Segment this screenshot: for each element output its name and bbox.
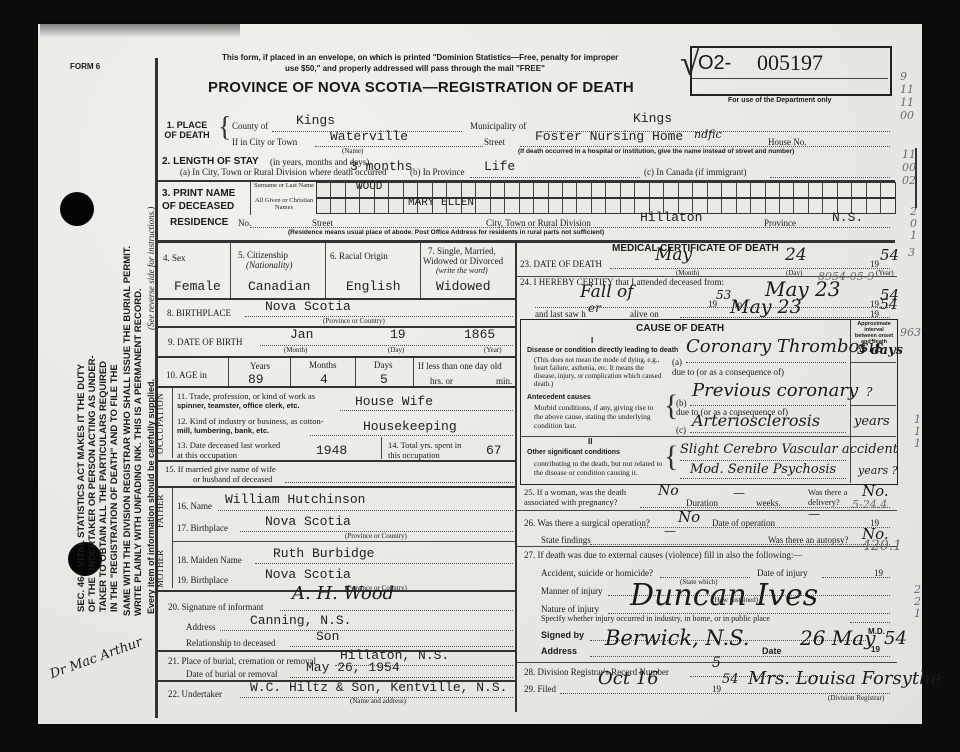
pencil-codes-mid: 11 00 02 [902,148,916,187]
punch-hole [60,192,94,226]
q26-label: 26. Was there a surgical operation? [524,518,650,528]
birthplace-label: 8. BIRTHPLACE [167,308,231,318]
surname-value: WOOD [356,181,382,193]
last-saw-date: May 23 [730,296,802,318]
q27-label: 27. If death was due to external causes … [524,550,802,560]
father-label: FATHER [155,495,165,528]
death-month: May [655,245,692,265]
dob-day: 19 [390,327,406,342]
occupation-label: OCCUPATION [155,393,165,454]
citizenship-label: 5. Citizenship [238,250,288,260]
residence-city-value: Hillaton [640,210,702,225]
street-label: Street [484,137,505,147]
sec46-notice: SEC. 46—VITAL STATISTICS ACT MAKES IT TH… [76,355,120,612]
dept-use-label: For use of the Department only [728,97,831,104]
record-number-value: 5 [712,655,721,671]
residence-hint: (Residence means usual place of abode. P… [288,229,604,236]
cause-a-prefix: (a) [672,357,682,367]
other-condition-2: Mod. Senile Psychosis [690,462,836,477]
other-interval: years ? [858,464,898,477]
findings-value: — [664,524,676,538]
given-names-label: All Given or Christian Names [253,197,315,211]
signed-date: 26 May [800,626,876,650]
specify-label: Specify whether injury occurred in indus… [541,614,770,623]
street-annotation: ndfic [694,128,722,141]
sex-value: Female [174,279,221,294]
pencil-code-cause-mod: 5-24.4 [852,498,887,511]
q25-label: 25. If a woman, was the death associated… [524,487,654,507]
marital-label-2: Widowed or Divorced [423,256,503,266]
stay-province-value: Life [484,159,515,174]
relationship-value: Son [316,629,339,644]
address-label: Address [541,646,577,656]
signed-by-label: Signed by [541,630,584,640]
doctor-signature: Duncan Ives [630,578,818,613]
alive-on-label: alive on [630,309,659,319]
length-of-stay-label: 2. LENGTH OF STAY [162,156,259,167]
death-year: 54 [880,246,899,264]
postal-notice-2: use $50," and properly addressed will pa… [285,64,545,73]
attended-from-year: 53 [716,288,731,302]
date-label: Date [762,646,782,656]
residence-label: RESIDENCE [170,217,228,228]
mother-birthplace-label: 19. Birthplace [177,575,228,585]
filed-label: 29. Filed [524,684,556,694]
relationship-label: Relationship to deceased [186,638,275,648]
hrs-label: hrs. or [430,376,453,386]
scan-shadow [40,24,240,38]
surname-grid [316,182,896,198]
stay-canada-label: (c) In Canada (if immigrant) [644,167,746,177]
stay-city-value: 3 months [350,159,412,174]
mother-label: MOTHER [155,550,165,588]
signed-year: 54 [884,628,907,649]
city-label: If in City or Town [232,137,297,147]
months-label: Months [309,360,337,370]
pencil-code-icd: 420.1 [862,538,902,554]
mother-maiden-label: 18. Maiden Name [177,555,242,565]
injury-date-label: Date of injury [757,568,807,578]
month-hint: (Month) [284,346,307,354]
other-conditions-hint: contributing to the death, but not relat… [534,459,664,477]
print-name-label: 3. PRINT NAME OF DECEASED [162,187,235,213]
pencil-codes-cause: 1 1 1 [914,414,921,450]
form-number: FORM 6 [70,62,100,71]
industry-label: 12. Kind of industry or business, as cot… [177,416,324,436]
other-condition-1: Slight Cerebro Vascular accident [680,442,898,457]
registrar-name: Mrs. Louisa Forsythe [748,668,941,689]
dob-label: 9. DATE OF BIRTH [168,337,242,347]
surname-label: Surname or Last Name [253,182,315,189]
mother-maiden-value: Ruth Burbidge [273,546,374,561]
trade-value: House Wife [355,394,433,409]
doctor-address: Berwick, N.S. [605,626,749,650]
father-name-label: 16. Name [177,501,212,511]
given-names-grid [316,198,896,214]
brace: { [664,442,678,472]
given-names-value: MARY ELLEN [408,197,474,209]
province-hint: (Province or Country) [323,317,385,325]
pencil-codes-top: 9 11 11 00 [900,70,914,122]
stay-province-label: (b) In Province [410,167,464,177]
medical-certificate-title: MEDICAL CERTIFICATE OF DEATH [612,243,779,254]
industry-value: Housekeeping [363,419,457,434]
part-two: II [588,437,592,446]
municipality-label: Municipality of [470,121,526,131]
trade-label: 11. Trade, profession, or kind of work a… [177,391,315,411]
cause-a-value: Coronary Thrombosis [686,336,884,357]
pencil-codes-bottom: 2 2 1 [914,584,921,620]
year-hint: (Year) [484,346,502,354]
racial-origin-value: English [346,279,401,294]
sex-label: 4. Sex [163,253,186,263]
min-label: min. [496,376,512,386]
findings-label: State findings [541,535,591,545]
mother-birthplace-value: Nova Scotia [265,567,351,582]
antecedent-label: Antecedent causes [527,394,591,401]
days-label: Days [374,360,393,370]
county-value: Kings [296,113,335,128]
burial-place-label: 21. Place of burial, cremation or remova… [168,656,316,666]
last-saw-label: and last saw h [535,309,586,319]
marital-value: Widowed [436,279,491,294]
pencil-code: 3 [908,246,915,259]
months-value: 4 [320,372,328,387]
province-hint: (Province or Country) [345,532,407,540]
total-years-value: 67 [486,443,502,458]
municipality-value: Kings [633,111,672,126]
father-name-value: William Hutchinson [225,492,365,507]
registration-number: 005197 [757,50,823,76]
informant-address-value: Canning, N.S. [250,613,351,628]
cause-c-interval: years [854,414,890,429]
sec46-notice-2: SAME WITH THE DIVISION REGISTRAR WHO SHA… [122,246,144,616]
county-label: County of [232,121,268,131]
total-years-label: 14. Total yrs. spent in this occupation [388,440,461,460]
signed-year-prefix: 19 [871,645,880,654]
day-hint: (Day) [388,346,404,354]
direct-cause-label: Disease or condition directly leading to… [527,347,678,354]
pencil-code: 963 [900,326,921,339]
see-reverse-notice: (See reverse side for instructions.) [146,207,156,330]
days-value: 5 [380,372,388,387]
attended-from: Fall of [580,282,634,302]
burial-date-label: Date of burial or removal [186,669,277,679]
divider [692,78,888,79]
q25-value: No [658,483,679,499]
duration-value: — [733,486,745,500]
direct-cause-hint: (This does not mean the mode of dying, e… [534,356,662,388]
undertaker-value: W.C. Hiltz & Son, Kentville, N.S. [250,680,507,695]
brace: { [218,114,231,142]
undertaker-hint: (Name and address) [350,697,406,705]
nature-label: Nature of injury [541,604,599,614]
father-birthplace-label: 17. Birthplace [177,523,228,533]
cause-b-interval: ? [866,385,872,399]
informant-signature-label: 20. Signature of informant [168,602,263,612]
op-date-value: — [808,507,820,521]
less-than-day-label: If less than one day old [418,361,502,371]
citizenship-sub: (Nationality) [246,260,293,270]
years-value: 89 [248,372,264,387]
accident-label: Accident, suicide or homicide? [541,568,653,578]
filed-year: 54 [722,672,739,687]
cause-b-value: Previous coronary [692,380,858,401]
undertaker-label: 22. Undertaker [168,689,222,699]
last-worked-label: 13. Date deceased last worked at this oc… [177,440,280,460]
last-saw-year: 54 [880,297,898,313]
spouse-label: 15. If married give name of wife or husb… [165,464,276,484]
registrar-hint: (Division Registrar) [828,694,884,702]
place-of-death-label: 1. PLACE OF DEATH [162,120,212,140]
manner-label: Manner of injury [541,586,602,596]
registration-prefix: O2- [698,52,731,75]
father-birthplace-value: Nova Scotia [265,514,351,529]
other-conditions-label: Other significant conditions [527,449,620,456]
filed-date: Oct 16 [598,668,659,689]
antecedent-hint: Morbid conditions, if any, giving rise t… [534,403,664,430]
citizenship-value: Canadian [248,279,310,294]
cause-title: CAUSE OF DEATH [636,323,724,334]
cause-a-interval: 5 days [857,343,903,358]
informant-signature: A. H. Wood [292,583,394,604]
burial-date-value: May 26, 1954 [306,660,400,675]
cause-c-prefix: (c) [676,425,686,435]
last-worked-value: 1948 [316,443,347,458]
dob-month: Jan [290,327,313,342]
date-of-death-label: 23. DATE OF DEATH [520,259,602,269]
marital-label-3: (write the word) [436,266,488,275]
age-label: 10. AGE in [166,370,207,380]
pencil-codes-res: 2 0 1 [910,206,917,242]
residence-province-value: N.S. [832,210,863,225]
death-day: 24 [785,245,807,265]
street-value: Foster Nursing Home [535,129,683,144]
years-label: Years [250,361,270,371]
marital-label-1: 7. Single, Married, [428,246,496,256]
last-saw-pronoun: er [588,301,601,315]
racial-origin-label: 6. Racial Origin [330,251,388,261]
street-hint: (If death occurred in a hospital or inst… [518,148,794,155]
postal-notice-1: This form, if placed in an envelope, on … [222,53,618,62]
cause-c-value: Arteriosclerosis [692,411,820,430]
due-to-label: due to (or as a consequence of) [672,367,784,377]
city-value: Waterville [330,129,408,144]
informant-address-label: Address [186,622,216,632]
dob-year: 1865 [464,327,495,342]
birthplace-value: Nova Scotia [265,299,351,314]
part-one: I [591,336,593,345]
q26-value: No [678,508,700,526]
name-hint: (Name) [342,147,363,155]
form-title: PROVINCE OF NOVA SCOTIA—REGISTRATION OF … [208,79,634,96]
